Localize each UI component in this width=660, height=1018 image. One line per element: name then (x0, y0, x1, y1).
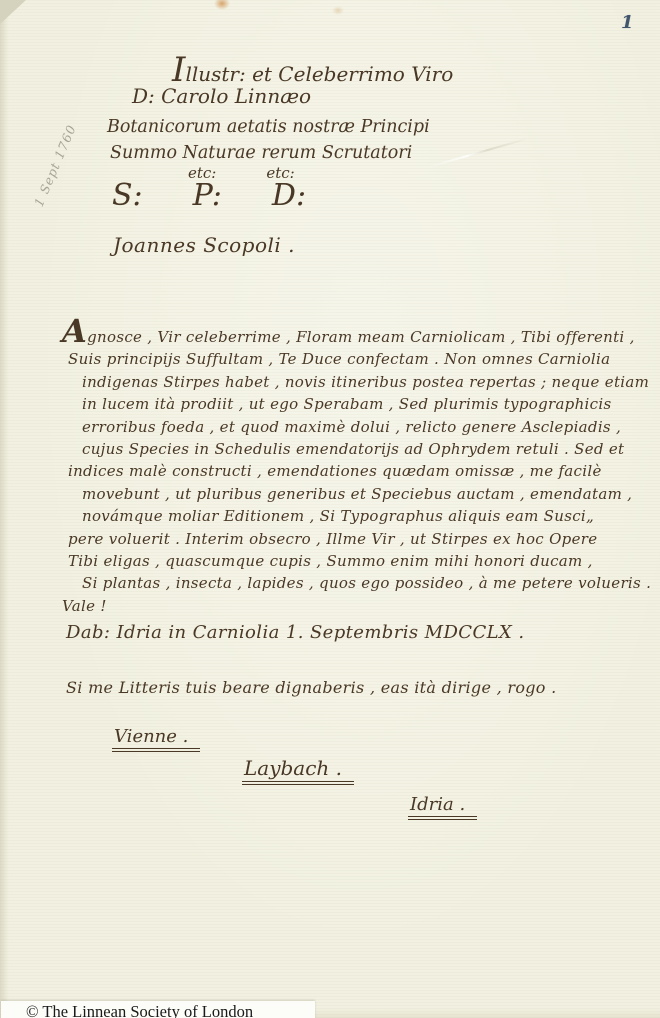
dateline: Dab: Idria in Carniolia 1. Septembris MD… (66, 622, 524, 643)
salutation-spd: S: P: D: (112, 178, 306, 213)
header-line-title2: Summo Naturae rerum Scrutatori (110, 143, 412, 163)
body-line: Agnosce , Vir celeberrime , Floram meam … (62, 320, 637, 348)
body-line: indices malè constructi , emendationes q… (62, 460, 637, 482)
route-stop-label: Vienne . (112, 726, 200, 752)
body-line-vale: Vale ! (62, 595, 637, 617)
copyright-strip: © The Linnean Society of London (1, 1001, 315, 1018)
scanned-letter-page: 1 1 Sept 1760 Illustr: et Celeberrimo Vi… (0, 0, 660, 1018)
body-line: novámque moliar Editionem , Si Typograph… (62, 505, 637, 527)
body-line: in lucem ità prodiit , ut ego Sperabam ,… (62, 393, 637, 415)
body-line: Tibi eligas , quascumque cupis , Summo e… (62, 550, 637, 572)
body-line: erroribus foeda , et quod maximè dolui ,… (62, 416, 637, 438)
salutation-d: D: (272, 178, 306, 213)
paper-scratch (427, 138, 528, 169)
body-line: cujus Species in Schedulis emendatorijs … (62, 438, 637, 460)
header-line-title1: Botanicorum aetatis nostræ Principi (107, 117, 430, 137)
letter-body: Agnosce , Vir celeberrime , Floram meam … (62, 320, 637, 617)
route-stop-laybach: Laybach . (242, 756, 354, 780)
body-line: Suis principijs Suffultam , Te Duce conf… (62, 348, 637, 370)
salutation-s: S: (112, 178, 143, 213)
route-stop-label: Laybach . (242, 756, 354, 785)
postscript: Si me Litteris tuis beare dignaberis , e… (66, 678, 557, 697)
author-name: Joannes Scopoli . (113, 233, 295, 257)
route-stop-label: Idria . (408, 794, 477, 820)
route-stop-idria: Idria . (408, 794, 477, 815)
page-number: 1 (621, 12, 634, 33)
foxing-spot (332, 6, 344, 15)
foxing-spot (214, 0, 230, 10)
copyright-text: © The Linnean Society of London (1, 1001, 315, 1018)
route-stop-vienne: Vienne . (112, 726, 200, 747)
body-line: pere voluerit . Interim obsecro , Illme … (62, 528, 637, 550)
torn-corner (0, 0, 26, 24)
header-line-name: D: Carolo Linnæo (132, 84, 311, 108)
body-line: indigenas Stirpes habet , novis itinerib… (62, 371, 637, 393)
salutation-p: P: (193, 178, 222, 213)
body-line: Si plantas , insecta , lapides , quos eg… (62, 572, 637, 594)
pencil-date-annotation: 1 Sept 1760 (27, 112, 84, 219)
body-line: movebunt , ut pluribus generibus et Spec… (62, 483, 637, 505)
